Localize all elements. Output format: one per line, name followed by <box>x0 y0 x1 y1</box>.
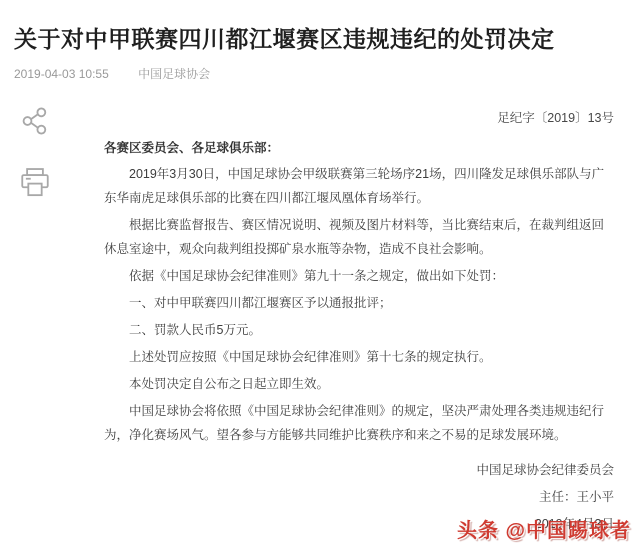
publish-date: 2019-04-03 10:55 <box>14 67 109 81</box>
penalty-item-1: 一、对中甲联赛四川都江堰赛区予以通报批评； <box>104 291 614 315</box>
action-rail <box>17 104 53 200</box>
salutation: 各赛区委员会、各足球俱乐部： <box>104 136 614 160</box>
paragraph-3: 依据《中国足球协会纪律准则》第九十一条之规定，做出如下处罚： <box>104 264 614 288</box>
paragraph-7: 本处罚决定自公布之日起立即生效。 <box>104 372 614 396</box>
article-page: 关于对中甲联赛四川都江堰赛区违规违纪的处罚决定 2019-04-03 10:55… <box>0 0 641 546</box>
share-icon <box>21 106 49 136</box>
doc-number: 足纪字〔2019〕13号 <box>104 106 614 130</box>
signature-org: 中国足球协会纪律委员会 <box>104 457 614 484</box>
document-body: 足纪字〔2019〕13号 各赛区委员会、各足球俱乐部： 2019年3月30日，中… <box>104 106 614 538</box>
paragraph-1: 2019年3月30日，中国足球协会甲级联赛第三轮场序21场，四川隆发足球俱乐部队… <box>104 162 614 210</box>
paragraph-8: 中国足球协会将依照《中国足球协会纪律准则》的规定，坚决严肃处理各类违规违纪行为，… <box>104 399 614 447</box>
paragraph-6: 上述处罚应按照《中国足球协会纪律准则》第十七条的规定执行。 <box>104 345 614 369</box>
share-button[interactable] <box>18 104 52 138</box>
watermark: 头条 @中国踢球者 <box>457 514 631 543</box>
article-source: 中国足球协会 <box>138 67 210 81</box>
article-meta: 2019-04-03 10:55 中国足球协会 <box>14 65 627 82</box>
print-button[interactable] <box>18 166 52 200</box>
paragraph-2: 根据比赛监督报告、赛区情况说明、视频及图片材料等，当比赛结束后，在裁判组返回休息… <box>104 213 614 261</box>
signature-director: 主任：王小平 <box>104 484 614 511</box>
print-icon <box>19 166 51 200</box>
penalty-item-2: 二、罚款人民币5万元。 <box>104 318 614 342</box>
page-title: 关于对中甲联赛四川都江堰赛区违规违纪的处罚决定 <box>14 24 627 54</box>
